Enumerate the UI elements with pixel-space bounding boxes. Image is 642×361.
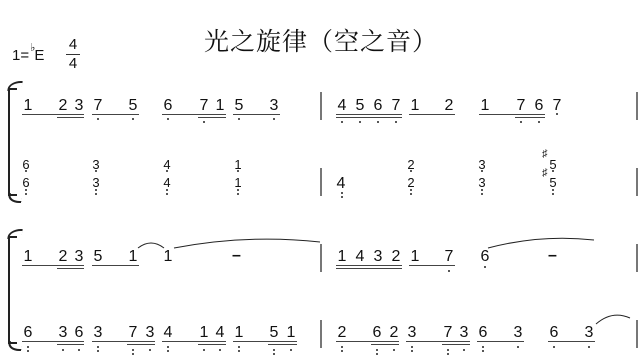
beam	[406, 341, 470, 342]
note: 7	[551, 98, 563, 114]
octave-dot	[552, 170, 554, 172]
octave-dot	[410, 170, 412, 172]
beam	[162, 114, 226, 115]
octave-dot	[238, 350, 240, 352]
note: 7	[443, 249, 455, 265]
octave-dot	[377, 121, 379, 123]
bass-note: 1	[232, 176, 244, 189]
octave-dot	[410, 189, 412, 191]
octave-dot	[447, 353, 449, 355]
octave-dot	[132, 353, 134, 355]
octave-dot	[273, 118, 275, 120]
octave-dot	[552, 193, 554, 195]
bass-note: 4	[161, 176, 173, 189]
note: 1	[22, 98, 34, 114]
beam	[233, 114, 280, 115]
octave-dot	[95, 189, 97, 191]
octave-dot	[97, 346, 99, 348]
octave-dot	[481, 189, 483, 191]
time-numerator: 4	[66, 37, 80, 53]
octave-dot	[25, 193, 27, 195]
note: 5	[354, 98, 366, 114]
octave-dot	[395, 121, 397, 123]
beam	[162, 341, 226, 342]
beam	[92, 265, 139, 266]
beam	[233, 341, 297, 342]
time-signature: 4 4	[66, 37, 80, 72]
flat-icon: ♭	[30, 42, 35, 54]
note: 2	[57, 249, 69, 265]
note: 4	[354, 249, 366, 265]
octave-dot	[132, 349, 134, 351]
bass-note: 4	[162, 325, 174, 341]
bass-note: 3	[90, 176, 102, 189]
octave-dot	[520, 121, 522, 123]
note: 5	[127, 98, 139, 114]
score-title: 光之旋律（空之音）	[0, 22, 642, 58]
octave-dot	[553, 346, 555, 348]
note: 5	[92, 249, 104, 265]
barline	[636, 244, 638, 272]
note: 6	[533, 98, 545, 114]
octave-dot	[237, 170, 239, 172]
octave-dot	[376, 349, 378, 351]
octave-dot	[203, 349, 205, 351]
octave-dot	[376, 353, 378, 355]
beam	[336, 265, 402, 266]
note: 2	[57, 98, 69, 114]
key-note: E	[34, 47, 44, 64]
beam	[22, 114, 84, 115]
barline	[636, 320, 638, 348]
bass-note: 5	[268, 325, 280, 341]
bass-note: 2	[405, 176, 417, 189]
octave-dot	[166, 170, 168, 172]
bass-note: 2	[388, 325, 400, 341]
octave-dot	[552, 189, 554, 191]
octave-dot	[411, 350, 413, 352]
beam	[336, 341, 399, 342]
time-denominator: 4	[66, 56, 80, 72]
beam	[442, 344, 470, 345]
octave-dot	[341, 121, 343, 123]
bass-note: 6	[20, 176, 32, 189]
bass-note: 3	[92, 325, 104, 341]
note: 3	[73, 98, 85, 114]
bass-note: 4	[335, 176, 347, 192]
bass-note: 1	[285, 325, 297, 341]
beam	[409, 265, 455, 266]
octave-dot	[25, 170, 27, 172]
bass-note: 6	[73, 325, 85, 341]
octave-dot	[237, 189, 239, 191]
octave-dot	[588, 346, 590, 348]
note: 4	[336, 98, 348, 114]
note: 1	[214, 98, 226, 114]
note: 1	[479, 98, 491, 114]
note: 2	[443, 98, 455, 114]
octave-dot	[482, 350, 484, 352]
octave-dot	[167, 118, 169, 120]
octave-dot	[481, 193, 483, 195]
note: 1	[127, 249, 139, 265]
octave-dot	[517, 346, 519, 348]
octave-dot	[27, 346, 29, 348]
bass-note: 6	[371, 325, 383, 341]
beam	[371, 344, 399, 345]
note: 3	[73, 249, 85, 265]
octave-dot	[97, 118, 99, 120]
bass-note: 7	[127, 325, 139, 341]
note: 7	[515, 98, 527, 114]
bass-note: 6	[548, 325, 560, 341]
note: 7	[198, 98, 210, 114]
barline	[636, 92, 638, 120]
octave-dot	[219, 349, 221, 351]
bass-note: 3	[144, 325, 156, 341]
octave-dot	[273, 353, 275, 355]
octave-dot	[238, 118, 240, 120]
bass-note: 3	[57, 325, 69, 341]
beam	[479, 114, 545, 115]
note: 1	[409, 98, 421, 114]
octave-dot	[167, 350, 169, 352]
key-prefix: 1=	[12, 47, 29, 64]
beam	[22, 341, 84, 342]
beam	[336, 117, 402, 118]
system-bracket	[8, 236, 17, 344]
bass-note: 1	[233, 325, 245, 341]
octave-dot	[95, 193, 97, 195]
octave-dot	[95, 170, 97, 172]
beam	[336, 114, 402, 115]
octave-dot	[482, 346, 484, 348]
octave-dot	[556, 113, 558, 115]
beam	[336, 268, 402, 269]
beam	[57, 117, 84, 118]
bass-note: 1	[198, 325, 210, 341]
octave-dot	[25, 189, 27, 191]
note: 7	[390, 98, 402, 114]
bass-note: 6	[477, 325, 489, 341]
beam	[477, 341, 524, 342]
note: 6	[162, 98, 174, 114]
octave-dot	[359, 121, 361, 123]
tie-arc	[594, 312, 634, 326]
octave-dot	[238, 346, 240, 348]
note: 1	[409, 249, 421, 265]
bass-note: 2	[336, 325, 348, 341]
barline	[636, 168, 638, 196]
octave-dot	[341, 346, 343, 348]
octave-dot	[341, 196, 343, 198]
system-bracket	[8, 88, 17, 196]
note: 6	[479, 249, 491, 265]
octave-dot	[166, 189, 168, 191]
beam	[57, 344, 84, 345]
octave-dot	[203, 121, 205, 123]
barline	[320, 320, 322, 348]
tie-arc	[172, 236, 322, 250]
octave-dot	[78, 349, 80, 351]
bass-note: 3	[476, 176, 488, 189]
beam	[198, 344, 226, 345]
barline	[320, 168, 322, 196]
octave-dot	[132, 118, 134, 120]
sustain-dash: –	[548, 247, 557, 265]
beam	[22, 265, 84, 266]
sustain-dash: –	[232, 247, 241, 265]
note: 3	[372, 249, 384, 265]
bass-note: 7	[442, 325, 454, 341]
key-signature: 1=♭E	[12, 47, 44, 64]
beam	[268, 344, 297, 345]
octave-dot	[447, 349, 449, 351]
octave-dot	[481, 170, 483, 172]
note: 2	[390, 249, 402, 265]
octave-dot	[538, 121, 540, 123]
bass-note: 3	[583, 325, 595, 341]
barline	[320, 92, 322, 120]
octave-dot	[273, 349, 275, 351]
note: 1	[336, 249, 348, 265]
bass-note: 6	[22, 325, 34, 341]
octave-dot	[341, 192, 343, 194]
octave-dot	[167, 346, 169, 348]
octave-dot	[166, 193, 168, 195]
octave-dot	[393, 349, 395, 351]
beam	[92, 341, 155, 342]
octave-dot	[448, 270, 450, 272]
note: 7	[92, 98, 104, 114]
beam	[409, 114, 455, 115]
octave-dot	[97, 350, 99, 352]
beam	[198, 117, 226, 118]
octave-dot	[27, 350, 29, 352]
octave-dot	[484, 266, 486, 268]
octave-dot	[463, 349, 465, 351]
note: 6	[372, 98, 384, 114]
note: 1	[162, 249, 174, 265]
octave-dot	[411, 346, 413, 348]
octave-dot	[149, 349, 151, 351]
octave-dot	[237, 193, 239, 195]
beam	[127, 344, 155, 345]
note: 1	[22, 249, 34, 265]
beam	[515, 117, 545, 118]
bass-note: 3	[406, 325, 418, 341]
beam	[548, 341, 595, 342]
beam	[57, 268, 84, 269]
beam	[92, 114, 139, 115]
octave-dot	[410, 193, 412, 195]
bass-note: 3	[512, 325, 524, 341]
bass-note: 3	[458, 325, 470, 341]
tie-arc	[486, 236, 596, 250]
octave-dot	[341, 350, 343, 352]
note: 3	[268, 98, 280, 114]
bass-note: 5	[547, 176, 559, 189]
octave-dot	[62, 349, 64, 351]
octave-dot	[290, 349, 292, 351]
note: 5	[233, 98, 245, 114]
bass-note: 4	[214, 325, 226, 341]
